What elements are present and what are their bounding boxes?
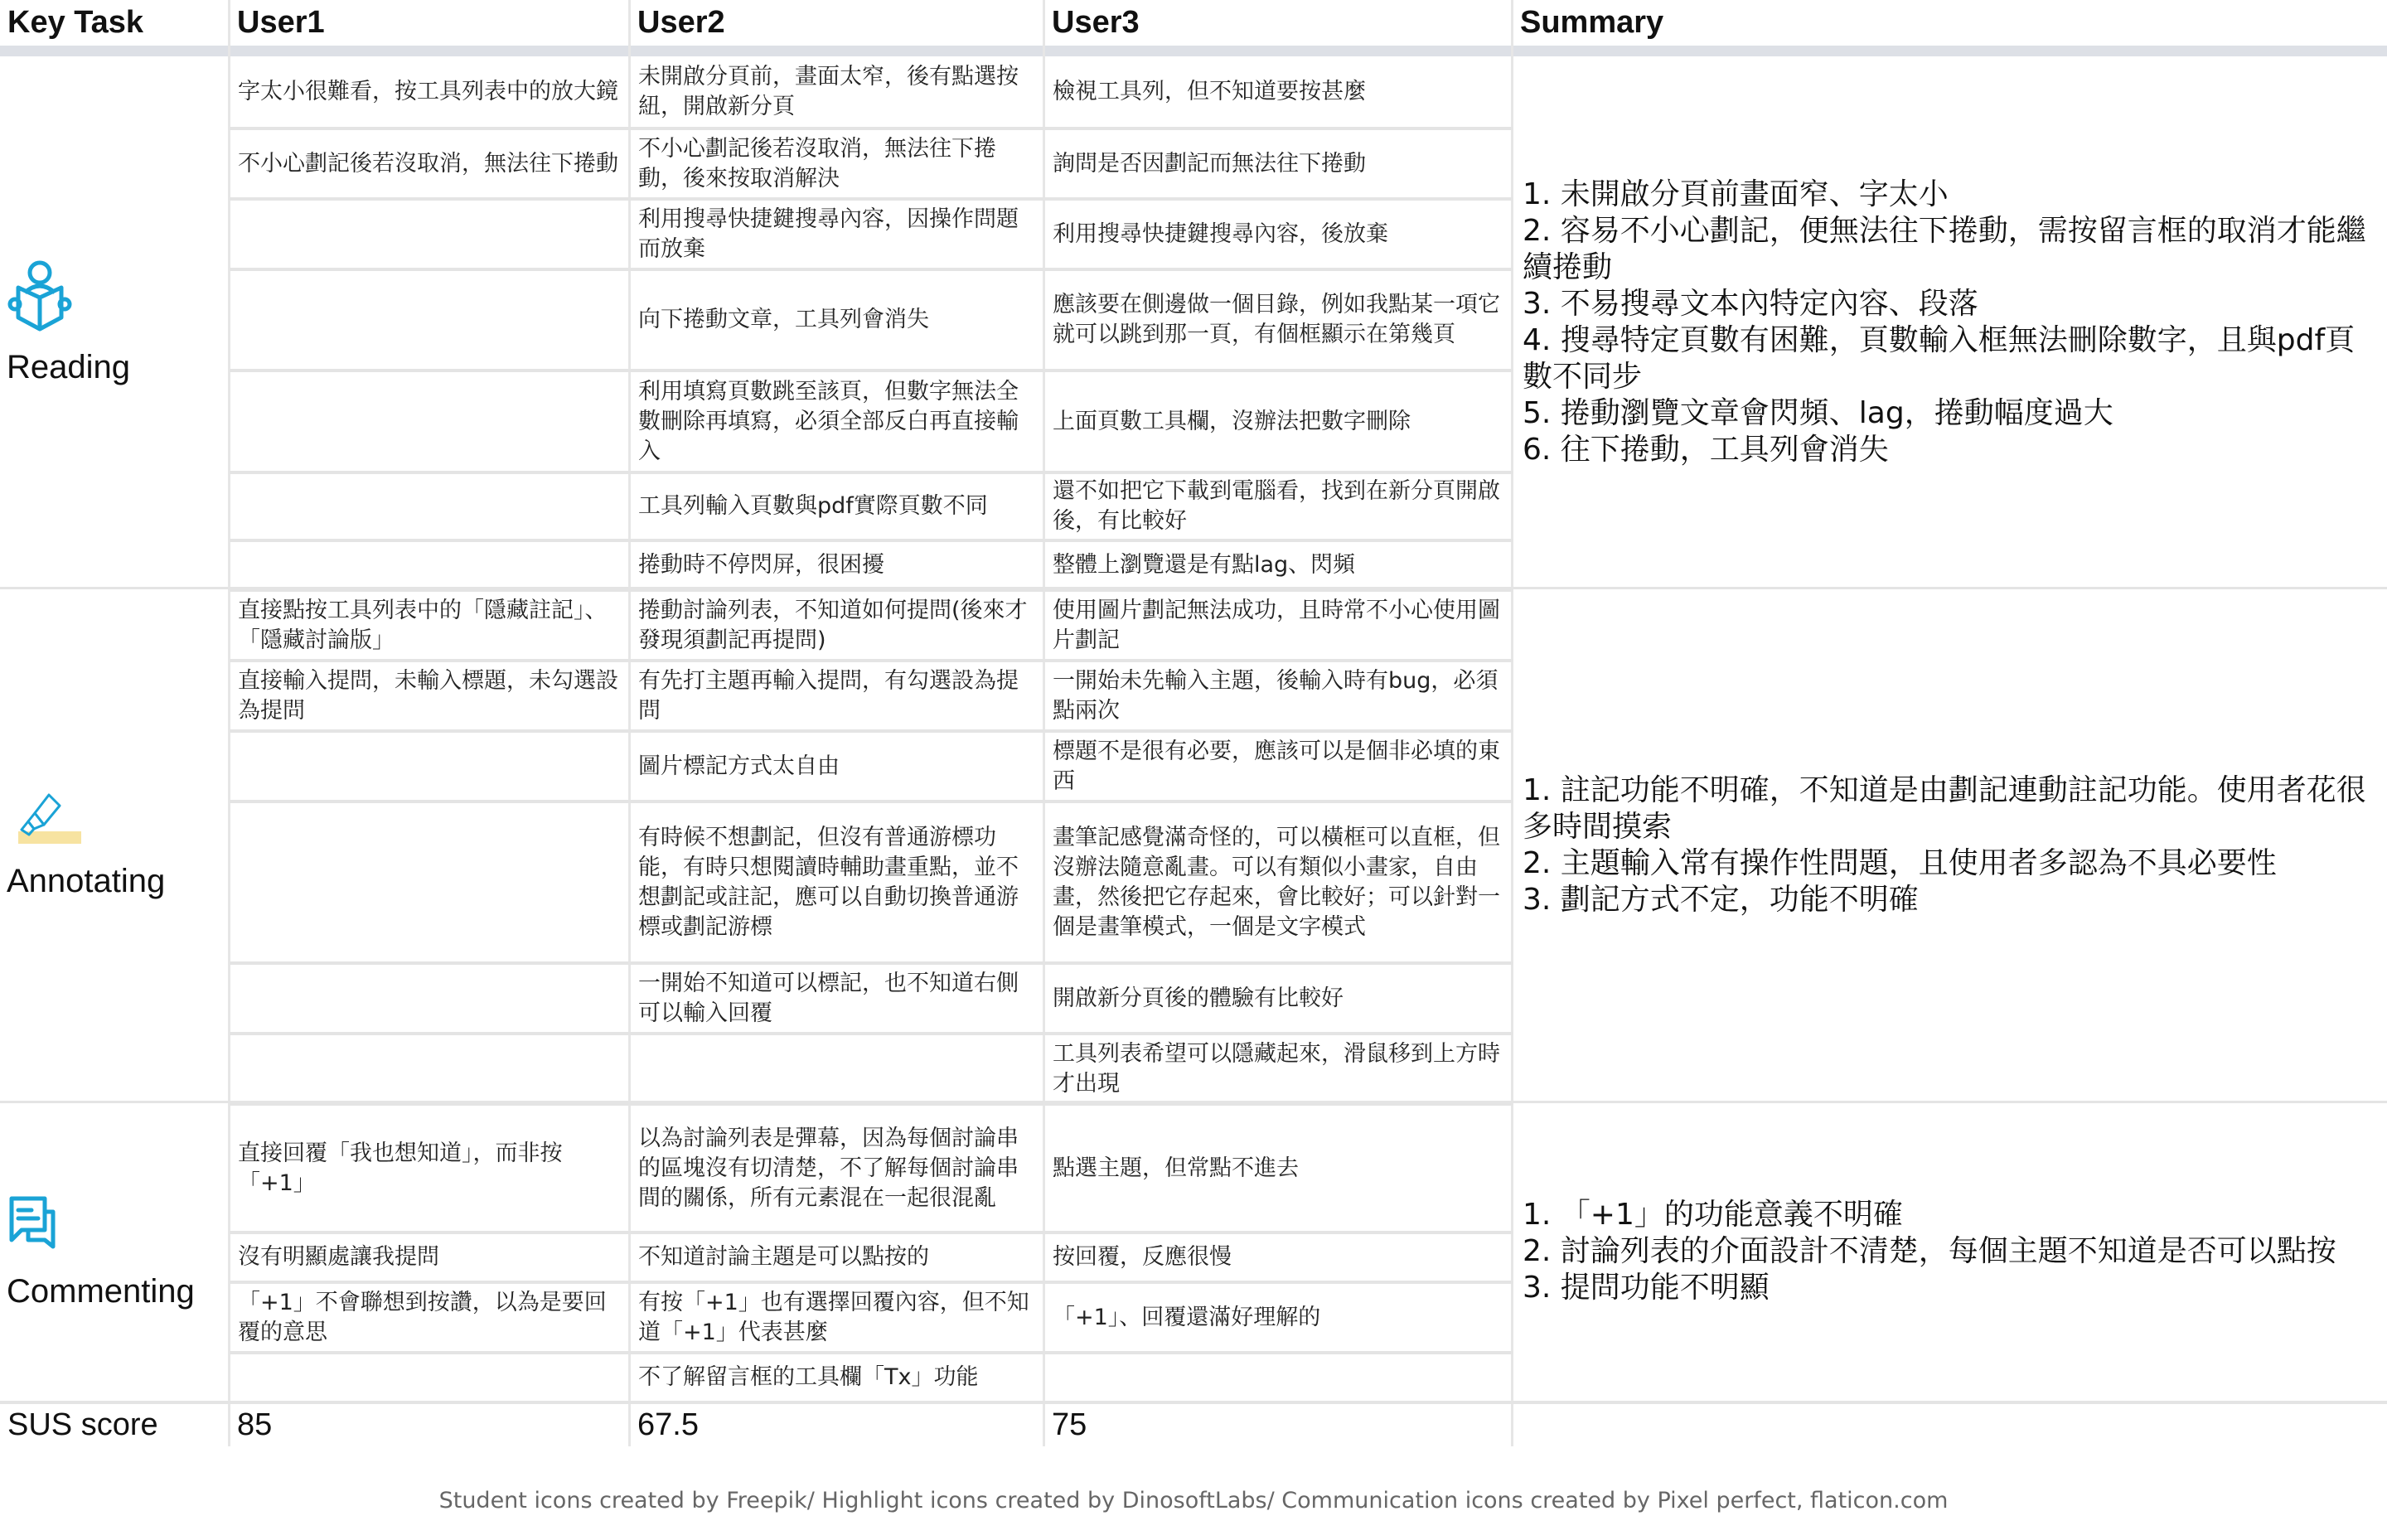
table-cell <box>230 268 630 369</box>
summary-item: 3. 不易搜尋文本內特定內容、段落 <box>1523 286 2379 322</box>
task-reading: Reading <box>0 56 230 588</box>
table-cell: 工具列輸入頁數與pdf實際頁數不同 <box>630 471 1044 539</box>
table-cell: 畫筆記感覺滿奇怪的，可以橫框可以直框，但沒辦法隨意亂畫。可以有類似小畫家，自由畫… <box>1044 800 1513 961</box>
task-label-commenting: Commenting <box>7 1273 195 1310</box>
table-cell <box>230 961 630 1032</box>
table-cell: 有先打主題再輸入提問，有勾選設為提問 <box>630 659 1044 729</box>
table-cell: 檢視工具列，但不知道要按甚麼 <box>1044 56 1513 127</box>
table-cell: 應該要在側邊做一個目錄，例如我點某一項它就可以跳到那一頁，有個框顯示在第幾頁 <box>1044 268 1513 369</box>
table-cell: 有時候不想劃記，但沒有普通游標功能，有時只想閱讀時輔助畫重點，並不想劃記或註記，… <box>630 800 1044 961</box>
table-cell: 直接點按工具列表中的「隱藏註記」、「隱藏討論版」 <box>230 588 630 659</box>
table-cell: 圖片標記方式太自由 <box>630 729 1044 800</box>
table-cell: 詢問是否因劃記而無法往下捲動 <box>1044 127 1513 197</box>
sus-score-label: SUS score <box>0 1401 230 1446</box>
header-user1: User1 <box>230 0 630 46</box>
summary-item: 4. 搜尋特定頁數有困難，頁數輸入框無法刪除數字，且與pdf頁數不同步 <box>1523 322 2379 395</box>
table-cell: 未開啟分頁前，畫面太窄，後有點選按紐，開啟新分頁 <box>630 56 1044 127</box>
table-cell: 一開始未先輸入主題，後輸入時有bug，必須點兩次 <box>1044 659 1513 729</box>
sus-score-user1: 85 <box>230 1401 630 1446</box>
summary-item: 5. 捲動瀏覽文章會閃頻、lag，捲動幅度過大 <box>1523 395 2379 432</box>
summary-item: 2. 容易不小心劃記，便無法往下捲動，需按留言框的取消才能繼續捲動 <box>1523 213 2379 286</box>
table-cell: 工具列表希望可以隱藏起來，滑鼠移到上方時才出現 <box>1044 1032 1513 1102</box>
table-cell: 點選主題，但常點不進去 <box>1044 1102 1513 1231</box>
table-cell: 一開始不知道可以標記，也不知道右側可以輸入回覆 <box>630 961 1044 1032</box>
table-cell <box>230 800 630 961</box>
table-cell: 按回覆，反應很慢 <box>1044 1231 1513 1281</box>
table-cell: 不了解留言框的工具欄「Tx」功能 <box>630 1351 1044 1401</box>
sus-score-user2: 67.5 <box>630 1401 1044 1446</box>
table-cell <box>230 1351 630 1401</box>
table-cell: 上面頁數工具欄，沒辦法把數字刪除 <box>1044 369 1513 471</box>
header-user2: User2 <box>630 0 1044 46</box>
summary-item: 3. 提問功能不明顯 <box>1523 1270 2336 1306</box>
table-cell: 標題不是很有必要，應該可以是個非必填的東西 <box>1044 729 1513 800</box>
table-cell: 「+1」、回覆還滿好理解的 <box>1044 1281 1513 1351</box>
summary-item: 3. 劃記方式不定，功能不明確 <box>1523 882 2379 918</box>
table-cell: 利用搜尋快捷鍵搜尋內容，因操作問題而放棄 <box>630 197 1044 268</box>
task-annotating: Annotating <box>0 588 230 1102</box>
table-cell: 向下捲動文章，工具列會消失 <box>630 268 1044 369</box>
table-cell: 有按「+1」也有選擇回覆內容，但不知道「+1」代表甚麼 <box>630 1281 1044 1351</box>
summary-item: 2. 主題輸入常有操作性問題，且使用者多認為不具必要性 <box>1523 845 2379 882</box>
header-summary: Summary <box>1513 0 2387 46</box>
highlighter-icon <box>7 792 86 853</box>
summary-reading: 1. 未開啟分頁前畫面窄、字太小 2. 容易不小心劃記，便無法往下捲動，需按留言… <box>1513 56 2387 588</box>
sus-score-user3: 75 <box>1044 1401 1513 1446</box>
table-cell: 以為討論列表是彈幕，因為每個討論串的區塊沒有切清楚，不了解每個討論串間的關係，所… <box>630 1102 1044 1231</box>
summary-item: 2. 討論列表的介面設計不清楚，每個主題不知道是否可以點按 <box>1523 1233 2336 1270</box>
summary-item: 1. 「+1」的功能意義不明確 <box>1523 1197 2336 1233</box>
table-cell: 直接回覆「我也想知道」，而非按「+1」 <box>230 1102 630 1231</box>
table-cell <box>230 197 630 268</box>
table-cell: 還不如把它下載到電腦看，找到在新分頁開啟後，有比較好 <box>1044 471 1513 539</box>
table-cell: 利用搜尋快捷鍵搜尋內容，後放棄 <box>1044 197 1513 268</box>
student-reading-icon <box>7 259 73 339</box>
sus-score-summary <box>1513 1401 2387 1446</box>
table-cell: 使用圖片劃記無法成功，且時常不小心使用圖片劃記 <box>1044 588 1513 659</box>
summary-item: 6. 往下捲動，工具列會消失 <box>1523 432 2379 468</box>
attribution-footer: Student icons created by Freepik/ Highli… <box>0 1488 2387 1513</box>
table-cell: 「+1」不會聯想到按讚，以為是要回覆的意思 <box>230 1281 630 1351</box>
table-cell: 開啟新分頁後的體驗有比較好 <box>1044 961 1513 1032</box>
chat-bubbles-icon <box>7 1194 73 1263</box>
table-cell <box>230 729 630 800</box>
table-cell: 沒有明顯處讓我提問 <box>230 1231 630 1281</box>
table-cell: 不小心劃記後若沒取消，無法往下捲動 <box>230 127 630 197</box>
table-cell: 捲動時不停閃屏，很困擾 <box>630 539 1044 588</box>
header-key-task: Key Task <box>0 0 230 46</box>
summary-item: 1. 未開啟分頁前畫面窄、字太小 <box>1523 177 2379 213</box>
table-cell: 利用填寫頁數跳至該頁，但數字無法全數刪除再填寫，必須全部反白再直接輸入 <box>630 369 1044 471</box>
table-cell: 直接輸入提問，未輸入標題，未勾選設為提問 <box>230 659 630 729</box>
task-commenting: Commenting <box>0 1102 230 1401</box>
table-cell <box>230 1032 630 1102</box>
table-cell: 字太小很難看，按工具列表中的放大鏡 <box>230 56 630 127</box>
summary-annotating: 1. 註記功能不明確，不知道是由劃記連動註記功能。使用者花很多時間摸索 2. 主… <box>1513 588 2387 1102</box>
table-cell <box>230 369 630 471</box>
header-divider-band <box>0 46 2387 56</box>
table-cell <box>630 1032 1044 1102</box>
task-label-annotating: Annotating <box>7 863 165 900</box>
header-user3: User3 <box>1044 0 1513 46</box>
table-cell <box>230 539 630 588</box>
table-cell: 捲動討論列表，不知道如何提問(後來才發現須劃記再提問) <box>630 588 1044 659</box>
table-cell <box>230 471 630 539</box>
summary-commenting: 1. 「+1」的功能意義不明確 2. 討論列表的介面設計不清楚，每個主題不知道是… <box>1513 1102 2387 1401</box>
table-cell: 不知道討論主題是可以點按的 <box>630 1231 1044 1281</box>
table-cell <box>1044 1351 1513 1401</box>
table-cell: 整體上瀏覽還是有點lag、閃頻 <box>1044 539 1513 588</box>
summary-item: 1. 註記功能不明確，不知道是由劃記連動註記功能。使用者花很多時間摸索 <box>1523 772 2379 845</box>
task-label-reading: Reading <box>7 349 130 386</box>
table-cell: 不小心劃記後若沒取消，無法往下捲動，後來按取消解決 <box>630 127 1044 197</box>
